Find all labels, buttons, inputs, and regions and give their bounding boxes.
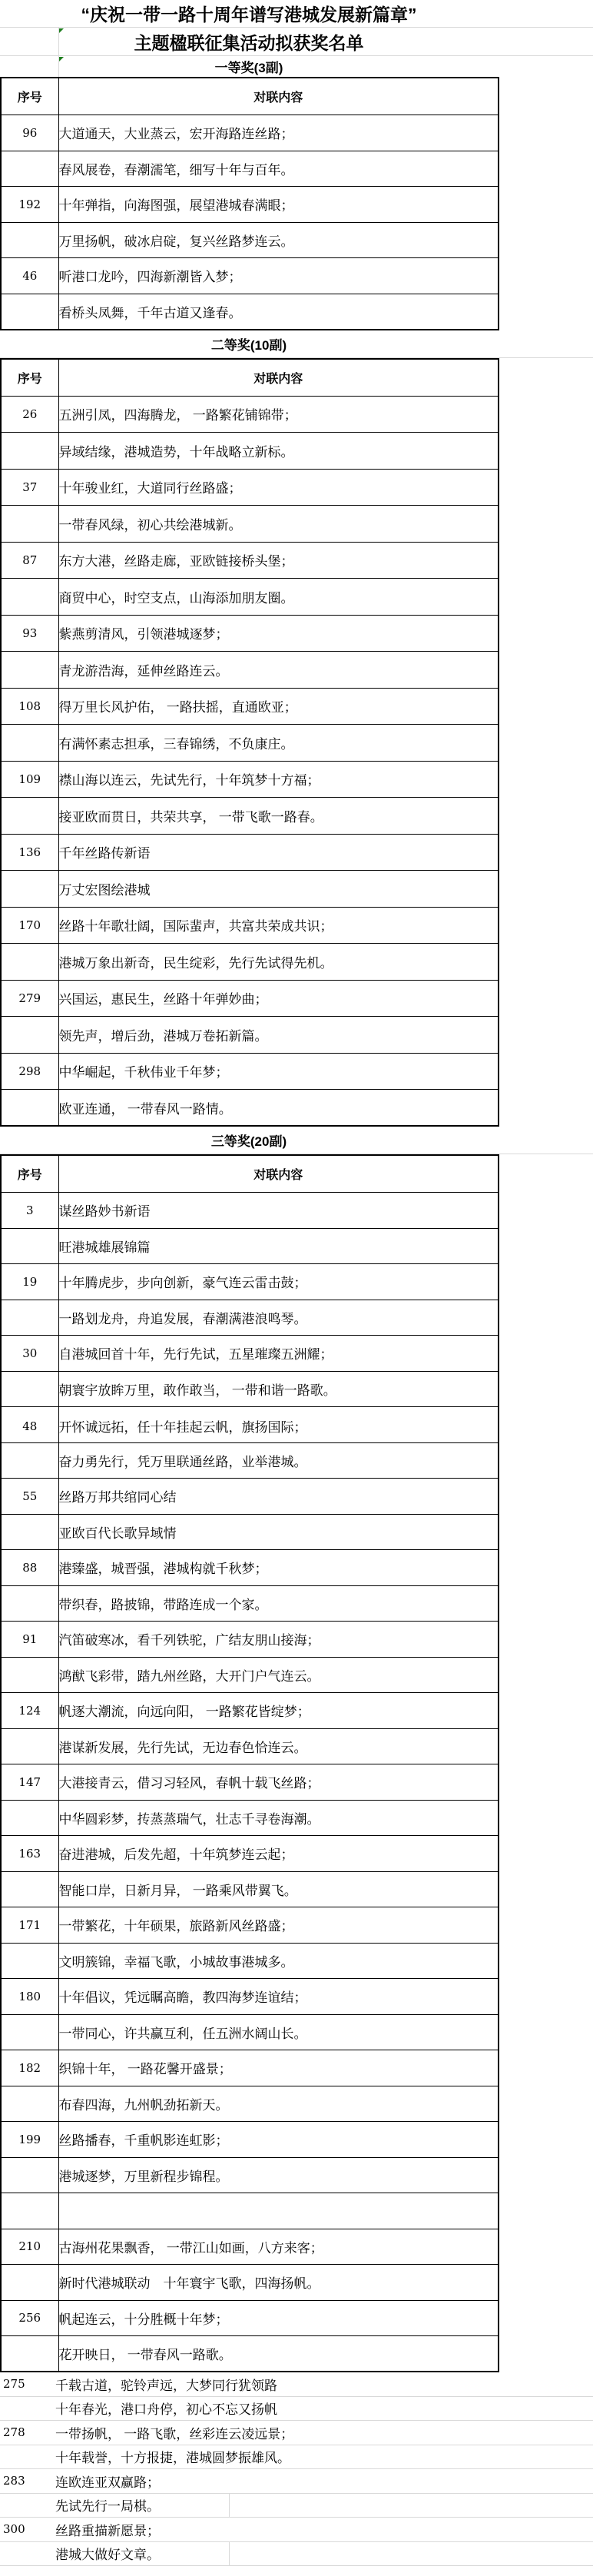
couplet-line1-cell: 帆逐大潮流，向远向阳， 一路繁花皆绽梦；	[58, 1693, 499, 1729]
empty-no-cell	[1, 1017, 58, 1054]
footer-couplet-row-first: 300丝路重描新愿景；	[0, 2518, 593, 2542]
couplet-row-second: 朝寰宇放眸万里，敢作敢当， 一带和谐一路歌。	[1, 1371, 499, 1407]
couplet-row-second: 一带春风绿，初心共绘港城新。	[1, 506, 499, 543]
couplet-row-second: 有满怀素志担承，三春锦绣，不负康庄。	[1, 725, 499, 762]
empty-no-cell	[1, 798, 58, 835]
couplet-line1-cell: 中华崛起，千秋伟业千年梦；	[58, 1053, 499, 1090]
page-title-row-1: “庆祝一带一路十周年谱写港城发展新篇章”	[0, 0, 593, 28]
couplet-line2-cell: 有满怀素志担承，三春锦绣，不负康庄。	[58, 725, 499, 762]
couplet-line2-cell: 朝寰宇放眸万里，敢作敢当， 一带和谐一路歌。	[58, 1371, 499, 1407]
couplet-row-second: 看桥头凤舞，千年古道又逢春。	[1, 294, 499, 330]
couplet-row-first: 48开怀诚远拓，任十年挂起云帆，旗扬国际；	[1, 1407, 499, 1443]
couplet-row-first: 199丝路播春，千重帆影连虹影；	[1, 2122, 499, 2158]
award-table: 序号对联内容96大道通天，大业蒸云，宏开海路连丝路；春风展卷，春潮濡笔，细写十年…	[0, 77, 499, 330]
entry-number-cell: 96	[1, 115, 58, 151]
couplet-row-second: 带织春，路披锦，带路连成一个家。	[1, 1585, 499, 1622]
couplet-row-first: 88港臻盛，城晋强，港城构就千秋梦；	[1, 1550, 499, 1586]
couplet-line2-cell: 港谋新发展，先行先试，无边春色恰连云。	[58, 1728, 499, 1764]
entry-number-cell: 3	[1, 1193, 58, 1229]
entry-number-cell: 55	[1, 1479, 58, 1515]
empty-no-cell	[1, 1871, 58, 1907]
couplet-line1-cell: 自港城回首十年，先行先试，五星璀璨五洲耀；	[58, 1336, 499, 1372]
couplet-row-first: 26五洲引凤，四海腾龙， 一路繁花铺锦带；	[1, 396, 499, 433]
couplet-line2: 先试先行一局棋。	[55, 2495, 160, 2515]
entry-number-cell: 91	[1, 1622, 58, 1658]
empty-no-cell	[1, 1228, 58, 1264]
couplet-line2-cell: 奋力勇先行，凭万里联通丝路，业举港城。	[58, 1442, 499, 1479]
entry-number-cell: 109	[1, 761, 58, 798]
couplet-line2-cell: 布春四海，九州帆劲拓新天。	[58, 2086, 499, 2122]
couplet-line1-cell: 十年倡议，凭远瞩高瞻，教四海梦连谊结；	[58, 1979, 499, 2015]
couplet-line1-cell: 织锦十年， 一路花馨开盛景；	[58, 2050, 499, 2086]
couplet-row-first: 30自港城回首十年，先行先试，五星璀璨五洲耀；	[1, 1336, 499, 1372]
couplet-line2-cell: 一带同心，许共赢互利，任五洲水阔山长。	[58, 2014, 499, 2050]
couplet-row-second: 花开映日， 一带春风一路歌。	[1, 2336, 499, 2372]
couplet-line2-cell: 花开映日， 一带春风一路歌。	[58, 2336, 499, 2372]
couplet-row-first: 91汽笛破寒冰，看千列铁驼，广结友朋山接海；	[1, 1622, 499, 1658]
page-title-line1: “庆祝一带一路十周年谱写港城发展新篇章”	[81, 1, 417, 26]
empty-no-cell	[1, 944, 58, 981]
couplet-row-second: 新时代港城联动 十年寰宇飞歌，四海扬帆。	[1, 2265, 499, 2301]
entry-number-cell: 192	[1, 187, 58, 223]
couplet-row-second: 鸿猷飞彩带，踏九州丝路，大开门户气连云。	[1, 1657, 499, 1693]
award-table: 序号对联内容3谋丝路妙书新语旺港城雄展锦篇19十年腾虎步，步向创新，豪气连云雷击…	[0, 1154, 499, 2372]
couplet-line1-cell: 兴国运，惠民生，丝路十年弹妙曲；	[58, 980, 499, 1017]
entry-number-cell: 108	[1, 688, 58, 725]
couplet-row-second: 智能口岸，日新月异， 一路乘风带翼飞。	[1, 1871, 499, 1907]
empty-no-cell	[1, 2086, 58, 2122]
couplet-line1: 一带扬帆， 一路飞歌，丝彩连云凌远景；	[55, 2423, 293, 2442]
couplet-row-second: 异域结缘，港城造势，十年战略立新标。	[1, 433, 499, 470]
couplet-line1-cell: 十年腾虎步，步向创新，豪气连云雷击鼓；	[58, 1264, 499, 1300]
couplet-row-first: 108得万里长风护佑， 一路扶摇，直通欧亚；	[1, 688, 499, 725]
award-table: 序号对联内容26五洲引凤，四海腾龙， 一路繁花铺锦带；异域结缘，港城造势，十年战…	[0, 358, 499, 1127]
couplet-row-first: 87东方大港，丝路走廊，亚欧链接桥头堡；	[1, 542, 499, 579]
couplet-row-first: 298中华崛起，千秋伟业千年梦；	[1, 1053, 499, 1090]
entry-number-cell: 26	[1, 396, 58, 433]
couplet-line2-cell: 港城逐梦，万里新程步锦程。	[58, 2157, 499, 2193]
empty-no-cell	[1, 1442, 58, 1479]
couplet-row-second: 万丈宏图绘港城	[1, 871, 499, 908]
couplet-line2-cell: 欧亚连通， 一带春风一路情。	[58, 1090, 499, 1127]
cell-boundary-gridline	[229, 2542, 230, 2567]
entry-number-cell: 163	[1, 1836, 58, 1872]
couplet-line2-cell: 旺港城雄展锦篇	[58, 1228, 499, 1264]
couplet-line1-cell: 丝路万邦共绾同心结	[58, 1479, 499, 1515]
entry-number: 283	[0, 2474, 55, 2488]
couplet-row-first: 3谋丝路妙书新语	[1, 1193, 499, 1229]
couplet-line2: 十年载誉，十方报捷，港城圆梦振雄风。	[55, 2447, 290, 2466]
empty-no-cell	[1, 294, 58, 330]
empty-no-cell	[1, 2014, 58, 2050]
couplet-row-first: 279兴国运，惠民生，丝路十年弹妙曲；	[1, 980, 499, 1017]
footer-couplet-row-second: 十年春光，港口舟停，初心不忘又扬帆	[0, 2397, 593, 2422]
couplet-row-first: 182织锦十年， 一路花馨开盛景；	[1, 2050, 499, 2086]
entry-number-cell: 87	[1, 542, 58, 579]
footer-couplet-row-first: 278一带扬帆， 一路飞歌，丝彩连云凌远景；	[0, 2421, 593, 2445]
empty-no-cell	[1, 2157, 58, 2193]
spacer-row	[1, 2193, 499, 2229]
entry-number-cell: 180	[1, 1979, 58, 2015]
spreadsheet-view: “庆祝一带一路十周年谱写港城发展新篇章” 主题楹联征集活动拟获奖名单 一等奖(3…	[0, 0, 593, 2576]
empty-no-cell	[1, 2265, 58, 2301]
couplet-row-first: 256帆起连云，十分胜概十年梦；	[1, 2300, 499, 2336]
couplet-line1-cell: 港臻盛，城晋强，港城构就千秋梦；	[58, 1550, 499, 1586]
couplet-line2-cell: 春风展卷，春潮濡笔，细写十年与百年。	[58, 151, 499, 187]
empty-no-cell	[1, 222, 58, 258]
couplet-row-first: 124帆逐大潮流，向远向阳， 一路繁花皆绽梦；	[1, 1693, 499, 1729]
couplet-line2-cell: 一带春风绿，初心共绘港城新。	[58, 506, 499, 543]
footer-couplet-row-second: 港城大做好文章。	[0, 2542, 593, 2567]
empty-no-cell	[1, 433, 58, 470]
couplet-line2-cell: 带织春，路披锦，带路连成一个家。	[58, 1585, 499, 1622]
couplet-line2-cell: 异域结缘，港城造势，十年战略立新标。	[58, 433, 499, 470]
couplet-row-second: 港城逐梦，万里新程步锦程。	[1, 2157, 499, 2193]
empty-no-cell	[1, 1371, 58, 1407]
couplet-line2-cell: 万丈宏图绘港城	[58, 871, 499, 908]
entry-number-cell: 298	[1, 1053, 58, 1090]
footer-couplet-row-first: 275千载古道，驼铃声远，大梦同行犹领路	[0, 2372, 593, 2397]
couplet-line1-cell: 丝路十年歌壮阔，国际蜚声，共富共荣成共识；	[58, 907, 499, 944]
couplet-row-second: 接亚欧而贯日，共荣共享， 一带飞歌一路春。	[1, 798, 499, 835]
empty-no-cell	[1, 1585, 58, 1622]
entry-number-cell: 48	[1, 1407, 58, 1443]
empty-no-cell	[1, 871, 58, 908]
couplet-row-first: 180十年倡议，凭远瞩高瞻，教四海梦连谊结；	[1, 1979, 499, 2015]
couplet-row-first: 37十年骏业红，大道同行丝路盛；	[1, 469, 499, 506]
header-content: 对联内容	[58, 359, 499, 397]
couplet-row-second: 港城万象出新奇，民生绽彩，先行先试得先机。	[1, 944, 499, 981]
couplet-line1-cell: 五洲引凤，四海腾龙， 一路繁花铺锦带；	[58, 396, 499, 433]
header-row: 序号对联内容	[1, 78, 499, 115]
couplet-row-second: 布春四海，九州帆劲拓新天。	[1, 2086, 499, 2122]
entry-number-cell: 171	[1, 1907, 58, 1944]
entry-number-cell: 19	[1, 1264, 58, 1300]
couplet-line1-cell: 帆起连云，十分胜概十年梦；	[58, 2300, 499, 2336]
header-content: 对联内容	[58, 78, 499, 115]
couplet-line1-cell: 紫燕剪清风，引领港城逐梦；	[58, 615, 499, 652]
empty-no-cell	[1, 1514, 58, 1550]
empty-no-cell	[1, 1090, 58, 1127]
couplet-line1-cell: 开怀诚远拓，任十年挂起云帆，旗扬国际；	[58, 1407, 499, 1443]
footer-rows-unbordered: 275千载古道，驼铃声远，大梦同行犹领路十年春光，港口舟停，初心不忘又扬帆278…	[0, 2372, 593, 2566]
couplet-line2-cell: 亚欧百代长歌异域情	[58, 1514, 499, 1550]
cell-flag-icon	[58, 28, 64, 34]
footer-couplet-row-first: 283连欧连亚双赢路；	[0, 2469, 593, 2494]
couplet-row-first: 171一带繁花，十年硕果，旅路新风丝路盛；	[1, 1907, 499, 1944]
couplet-line1-cell: 汽笛破寒冰，看千列铁驼，广结友朋山接海；	[58, 1622, 499, 1658]
couplet-line2-cell: 智能口岸，日新月异， 一路乘风带翼飞。	[58, 1871, 499, 1907]
entry-number: 275	[0, 2377, 55, 2391]
couplet-line1-cell: 谋丝路妙书新语	[58, 1193, 499, 1229]
empty-no-cell	[1, 1943, 58, 1979]
couplet-row-second: 旺港城雄展锦篇	[1, 1228, 499, 1264]
entry-number-cell: 279	[1, 980, 58, 1017]
cell-flag-icon	[58, 57, 64, 62]
cell-boundary-gridline	[229, 2494, 230, 2518]
couplet-row-second: 商贸中心，时空支点，山海添加朋友圈。	[1, 579, 499, 616]
entry-number: 300	[0, 2522, 55, 2536]
page-title-line2: 主题楹联征集活动拟获奖名单	[134, 29, 364, 55]
entry-number-cell: 93	[1, 615, 58, 652]
couplet-row-first: 210古海州花果飘香， 一带江山如画，八方来客；	[1, 2229, 499, 2265]
couplet-line2-cell: 文明簇锦，幸福飞歌，小城故事港城多。	[58, 1943, 499, 1979]
couplet-row-second: 一路划龙舟，舟追发展，春潮满港浪鸣琴。	[1, 1300, 499, 1336]
couplet-row-second: 万里扬帆，破冰启碇，复兴丝路梦连云。	[1, 222, 499, 258]
empty-no-cell	[1, 506, 58, 543]
couplet-row-first: 19十年腾虎步，步向创新，豪气连云雷击鼓；	[1, 1264, 499, 1300]
couplet-row-first: 170丝路十年歌壮阔，国际蜚声，共富共荣成共识；	[1, 907, 499, 944]
entry-number-cell: 182	[1, 2050, 58, 2086]
couplet-line1-cell: 十年弹指，向海图强，展望港城春满眼；	[58, 187, 499, 223]
footer-couplet-row-second: 十年载誉，十方报捷，港城圆梦振雄风。	[0, 2445, 593, 2470]
header-row: 序号对联内容	[1, 359, 499, 397]
couplet-line1-cell: 千年丝路传新语	[58, 834, 499, 871]
page-title-row-2: 主题楹联征集活动拟获奖名单	[0, 28, 593, 56]
section-heading: 一等奖(3副)	[0, 56, 593, 77]
entry-number-cell: 124	[1, 1693, 58, 1729]
empty-no-cell	[1, 1300, 58, 1336]
couplet-line1-cell: 古海州花果飘香， 一带江山如画，八方来客；	[58, 2229, 499, 2265]
header-content: 对联内容	[58, 1155, 499, 1193]
couplet-line2-cell: 青龙游浩海，延伸丝路连云。	[58, 652, 499, 689]
header-no: 序号	[1, 78, 58, 115]
couplet-row-second: 领先声，增后劲，港城万卷拓新篇。	[1, 1017, 499, 1054]
couplet-line1: 千载古道，驼铃声远，大梦同行犹领路	[55, 2375, 277, 2394]
column-gridline	[58, 28, 59, 77]
couplet-line1-cell: 丝路播春，千重帆影连虹影；	[58, 2122, 499, 2158]
entry-number-cell: 170	[1, 907, 58, 944]
entry-number-cell: 88	[1, 1550, 58, 1586]
couplet-row-first: 192十年弹指，向海图强，展望港城春满眼；	[1, 187, 499, 223]
couplet-line1-cell: 大道通天，大业蒸云，宏开海路连丝路；	[58, 115, 499, 151]
empty-no-cell	[1, 2336, 58, 2372]
entry-number: 278	[0, 2425, 55, 2439]
couplet-line2-cell: 接亚欧而贯日，共荣共享， 一带飞歌一路春。	[58, 798, 499, 835]
couplet-line1-cell: 奋进港城，后发先超，十年筑梦连云起；	[58, 1836, 499, 1872]
couplet-row-first: 109襟山海以连云，先试先行，十年筑梦十方福；	[1, 761, 499, 798]
empty-content-cell	[58, 2193, 499, 2229]
couplet-line1-cell: 襟山海以连云，先试先行，十年筑梦十方福；	[58, 761, 499, 798]
entry-number-cell: 147	[1, 1764, 58, 1801]
couplet-row-first: 46听港口龙吟，四海新潮皆入梦；	[1, 258, 499, 294]
entry-number-cell: 37	[1, 469, 58, 506]
couplet-row-second: 欧亚连通， 一带春风一路情。	[1, 1090, 499, 1127]
couplet-row-first: 96大道通天，大业蒸云，宏开海路连丝路；	[1, 115, 499, 151]
couplet-line1-cell: 十年骏业红，大道同行丝路盛；	[58, 469, 499, 506]
couplet-line2-cell: 领先声，增后劲，港城万卷拓新篇。	[58, 1017, 499, 1054]
couplet-row-first: 147大港接青云，借习习轻风，春帆十载飞丝路；	[1, 1764, 499, 1801]
entry-number-cell: 210	[1, 2229, 58, 2265]
entry-number-cell: 256	[1, 2300, 58, 2336]
couplet-line1-cell: 听港口龙吟，四海新潮皆入梦；	[58, 258, 499, 294]
couplet-row-second: 春风展卷，春潮濡笔，细写十年与百年。	[1, 151, 499, 187]
couplet-line2: 十年春光，港口舟停，初心不忘又扬帆	[55, 2398, 277, 2418]
empty-no-cell	[1, 1728, 58, 1764]
couplet-row-second: 港谋新发展，先行先试，无边春色恰连云。	[1, 1728, 499, 1764]
empty-no-cell	[1, 2193, 58, 2229]
footer-couplet-row-second: 先试先行一局棋。	[0, 2494, 593, 2518]
couplet-line2: 港城大做好文章。	[55, 2544, 160, 2563]
header-row: 序号对联内容	[1, 1155, 499, 1193]
couplet-line2-cell: 港城万象出新奇，民生绽彩，先行先试得先机。	[58, 944, 499, 981]
empty-no-cell	[1, 151, 58, 187]
entry-number-cell: 30	[1, 1336, 58, 1372]
empty-no-cell	[1, 652, 58, 689]
section-heading: 三等奖(20副)	[0, 1127, 593, 1154]
entry-number-cell: 46	[1, 258, 58, 294]
award-sections: 一等奖(3副)序号对联内容96大道通天，大业蒸云，宏开海路连丝路；春风展卷，春潮…	[0, 56, 593, 2372]
couplet-row-first: 93紫燕剪清风，引领港城逐梦；	[1, 615, 499, 652]
couplet-line1-cell: 大港接青云，借习习轻风，春帆十载飞丝路；	[58, 1764, 499, 1801]
couplet-line1-cell: 东方大港，丝路走廊，亚欧链接桥头堡；	[58, 542, 499, 579]
couplet-line2-cell: 一路划龙舟，舟追发展，春潮满港浪鸣琴。	[58, 1300, 499, 1336]
header-no: 序号	[1, 359, 58, 397]
couplet-line2-cell: 中华圆彩梦，抟蒸蒸瑞气，壮志千寻卷海潮。	[58, 1800, 499, 1836]
empty-no-cell	[1, 725, 58, 762]
couplet-row-second: 奋力勇先行，凭万里联通丝路，业举港城。	[1, 1442, 499, 1479]
couplet-row-first: 136千年丝路传新语	[1, 834, 499, 871]
couplet-line1-cell: 得万里长风护佑， 一路扶摇，直通欧亚；	[58, 688, 499, 725]
couplet-row-second: 一带同心，许共赢互利，任五洲水阔山长。	[1, 2014, 499, 2050]
section-heading: 二等奖(10副)	[0, 330, 593, 358]
entry-number-cell: 136	[1, 834, 58, 871]
empty-no-cell	[1, 579, 58, 616]
couplet-row-second: 青龙游浩海，延伸丝路连云。	[1, 652, 499, 689]
couplet-line2-cell: 新时代港城联动 十年寰宇飞歌，四海扬帆。	[58, 2265, 499, 2301]
couplet-line1-cell: 一带繁花，十年硕果，旅路新风丝路盛；	[58, 1907, 499, 1944]
couplet-line2-cell: 鸿猷飞彩带，踏九州丝路，大开门户气连云。	[58, 1657, 499, 1693]
couplet-line1: 连欧连亚双赢路；	[55, 2471, 160, 2491]
couplet-line1: 丝路重描新愿景；	[55, 2520, 160, 2539]
couplet-row-second: 文明簇锦，幸福飞歌，小城故事港城多。	[1, 1943, 499, 1979]
empty-no-cell	[1, 1657, 58, 1693]
couplet-line2-cell: 万里扬帆，破冰启碇，复兴丝路梦连云。	[58, 222, 499, 258]
couplet-row-first: 163奋进港城，后发先超，十年筑梦连云起；	[1, 1836, 499, 1872]
header-no: 序号	[1, 1155, 58, 1193]
couplet-row-second: 中华圆彩梦，抟蒸蒸瑞气，壮志千寻卷海潮。	[1, 1800, 499, 1836]
couplet-row-second: 亚欧百代长歌异域情	[1, 1514, 499, 1550]
entry-number-cell: 199	[1, 2122, 58, 2158]
empty-no-cell	[1, 1800, 58, 1836]
couplet-line2-cell: 商贸中心，时空支点，山海添加朋友圈。	[58, 579, 499, 616]
couplet-row-first: 55丝路万邦共绾同心结	[1, 1479, 499, 1515]
couplet-line2-cell: 看桥头凤舞，千年古道又逢春。	[58, 294, 499, 330]
